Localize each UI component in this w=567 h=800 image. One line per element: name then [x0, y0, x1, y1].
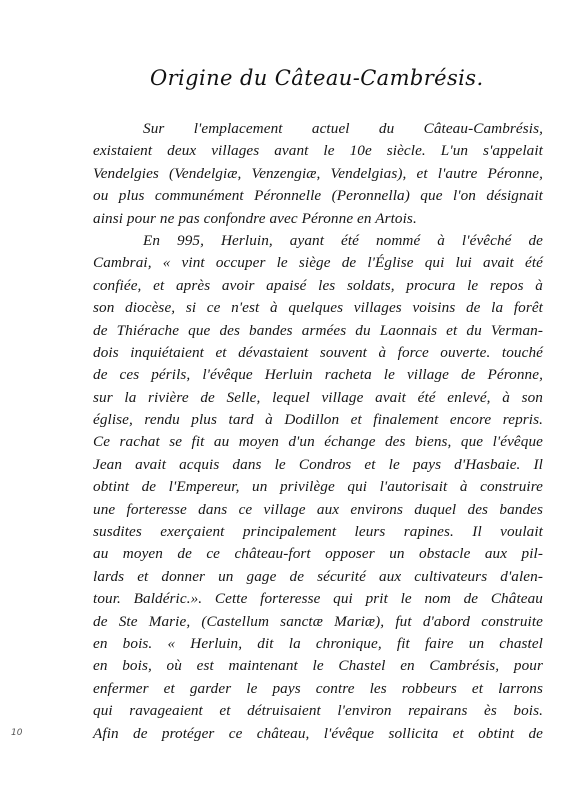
text-line: Sur l'emplacement actuel du Câteau-Cambr… [93, 118, 543, 140]
text-line: En 995, Herluin, ayant été nommé à l'évê… [93, 230, 543, 252]
text-line: de Ste Marie, (Castellum sanctæ Mariæ), … [93, 611, 543, 633]
text-line: de Thiérache que des bandes armées du La… [93, 320, 543, 342]
manuscript-page: Origine du Câteau-Cambrésis. Sur l'empla… [0, 0, 567, 800]
text-line: Jean avait acquis dans le Condros et le … [93, 454, 543, 476]
text-line: tour. Baldéric.». Cette forteresse qui p… [93, 588, 543, 610]
text-line: en bois, où est maintenant le Chastel en… [93, 655, 543, 677]
text-line: existaient deux villages avant le 10e si… [93, 140, 543, 162]
text-line: son diocèse, si ce n'est à quelques vill… [93, 297, 543, 319]
text-line: confiée, et après avoir apaisé les solda… [93, 275, 543, 297]
text-line: Afin de protéger ce château, l'évêque so… [93, 723, 543, 745]
text-line: au moyen de ce château-fort opposer un o… [93, 543, 543, 565]
page-title: Origine du Câteau-Cambrésis. [150, 66, 470, 90]
text-line: en bois. « Herluin, dit la chronique, fi… [93, 633, 543, 655]
text-line: qui ravageaient et détruisaient l'enviro… [93, 700, 543, 722]
text-line: lards et donner un gage de sécurité aux … [93, 566, 543, 588]
text-line: susdites exerçaient principalement leurs… [93, 521, 543, 543]
text-line: enfermer et garder le pays contre les ro… [93, 678, 543, 700]
text-line: dois inquiétaient et dévastaient souvent… [93, 342, 543, 364]
text-line: Ce rachat se fit au moyen d'un échange d… [93, 431, 543, 453]
text-line: une forteresse dans ce village aux envir… [93, 499, 543, 521]
text-line: sur la rivière de Selle, lequel village … [93, 387, 543, 409]
text-line: Cambrai, « vint occuper le siège de l'Ég… [93, 252, 543, 274]
text-line: Vendelgies (Vendelgiæ, Venzengiæ, Vendel… [93, 163, 543, 185]
text-line: ainsi pour ne pas confondre avec Péronne… [93, 208, 543, 230]
text-line: église, rendu plus tard à Dodillon et fi… [93, 409, 543, 431]
manuscript-body: Sur l'emplacement actuel du Câteau-Cambr… [93, 118, 543, 745]
page-number: 10 [11, 728, 22, 738]
text-line: obtint de l'Empereur, un privilège qui l… [93, 476, 543, 498]
text-line: de ces périls, l'évêque Herluin racheta … [93, 364, 543, 386]
text-line: ou plus communément Péronnelle (Peronnel… [93, 185, 543, 207]
